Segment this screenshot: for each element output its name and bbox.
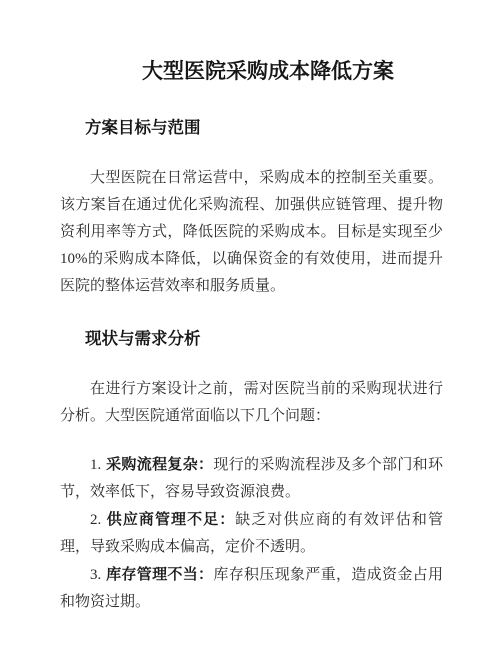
paragraph-objectives: 大型医院在日常运营中，采购成本的控制至关重要。该方案旨在通过优化采购流程、加强供…	[60, 165, 443, 300]
heading-status-needs-analysis: 现状与需求分析	[60, 328, 443, 350]
list-item-label: 库存管理不当：	[106, 566, 214, 583]
list-item-inventory-management: 3.库存管理不当：库存积压现象严重，造成资金占用和物资过期。	[60, 561, 443, 616]
paragraph-analysis-intro: 在进行方案设计之前，需对医院当前的采购现状进行分析。大型医院通常面临以下几个问题…	[60, 376, 443, 430]
section-objectives-scope: 方案目标与范围 大型医院在日常运营中，采购成本的控制至关重要。该方案旨在通过优化…	[60, 117, 443, 300]
list-item-label: 采购流程复杂：	[106, 456, 214, 473]
list-item-number: 2.	[90, 512, 101, 528]
list-item-procurement-process: 1.采购流程复杂：现行的采购流程涉及多个部门和环节，效率低下，容易导致资源浪费。	[60, 451, 443, 506]
document-page: 大型医院采购成本降低方案 方案目标与范围 大型医院在日常运营中，采购成本的控制至…	[0, 0, 500, 647]
section-status-needs-analysis: 现状与需求分析 在进行方案设计之前，需对医院当前的采购现状进行分析。大型医院通常…	[60, 328, 443, 616]
problem-list: 1.采购流程复杂：现行的采购流程涉及多个部门和环节，效率低下，容易导致资源浪费。…	[60, 451, 443, 616]
list-item-number: 1.	[90, 457, 101, 473]
heading-objectives-scope: 方案目标与范围	[60, 117, 443, 139]
list-item-number: 3.	[90, 567, 101, 583]
document-title: 大型医院采购成本降低方案	[60, 58, 443, 86]
list-item-label: 供应商管理不足：	[106, 511, 236, 528]
list-item-supplier-management: 2.供应商管理不足：缺乏对供应商的有效评估和管理，导致采购成本偏高，定价不透明。	[60, 506, 443, 561]
